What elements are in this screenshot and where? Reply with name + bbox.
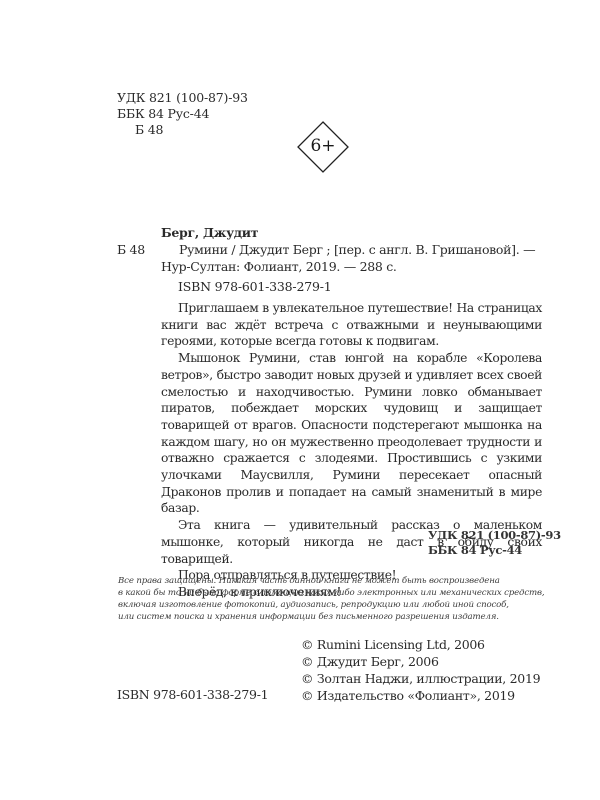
title-line: Румини / Джудит Берг ; [пер. с англ. В. … [117,241,547,258]
age-rating-badge: 6+ [297,121,349,173]
udk-code: УДК 821 (100-87)-93 [428,528,561,543]
bbk-code: ББК 84 Рус-44 [428,543,561,558]
copyright-line: © Rumini Licensing Ltd, 2006 [301,636,540,653]
isbn-bottom: ISBN 978-601-338-279-1 [117,687,268,702]
publication-line: Нур-Султан: Фолиант, 2019. — 288 с. [117,258,547,275]
annotation-paragraph: Приглашаем в увлекательное путешествие! … [161,300,542,350]
record-cipher: Б 48 [117,241,145,258]
copyright-line: © Джудит Берг, 2006 [301,653,540,670]
age-rating-label: 6+ [297,136,349,156]
copyright-line: © Издательство «Фолиант», 2019 [301,687,540,704]
bbk-code: ББК 84 Рус-44 [117,106,248,122]
copyright-line: © Золтан Наджи, иллюстрации, 2019 [301,670,540,687]
rights-line: в какой бы то ни было форме с помощью ка… [118,587,493,599]
copyright-list: © Rumini Licensing Ltd, 2006 © Джудит Бе… [301,636,540,704]
author-cipher: Б 48 [117,122,248,138]
rights-line: или систем поиска и хранения информации … [118,611,493,623]
udk-code: УДК 821 (100-87)-93 [117,90,248,106]
rights-line: Все права защищены. Никакая часть данной… [118,575,493,587]
isbn-main: ISBN 978-601-338-279-1 [178,279,331,294]
annotation-paragraph: Мышонок Румини, став юнгой на корабле «К… [161,350,542,517]
classification-codes-bottom: УДК 821 (100-87)-93 ББК 84 Рус-44 [428,528,561,558]
classification-codes-top: УДК 821 (100-87)-93 ББК 84 Рус-44 Б 48 [117,90,248,138]
rights-notice: Все права защищены. Никакая часть данной… [118,575,493,623]
bibliographic-record: Берг, Джудит Б 48 Румини / Джудит Берг ;… [117,224,547,275]
author-heading: Берг, Джудит [117,224,547,241]
rights-line: включая изготовление фотокопий, аудиозап… [118,599,493,611]
